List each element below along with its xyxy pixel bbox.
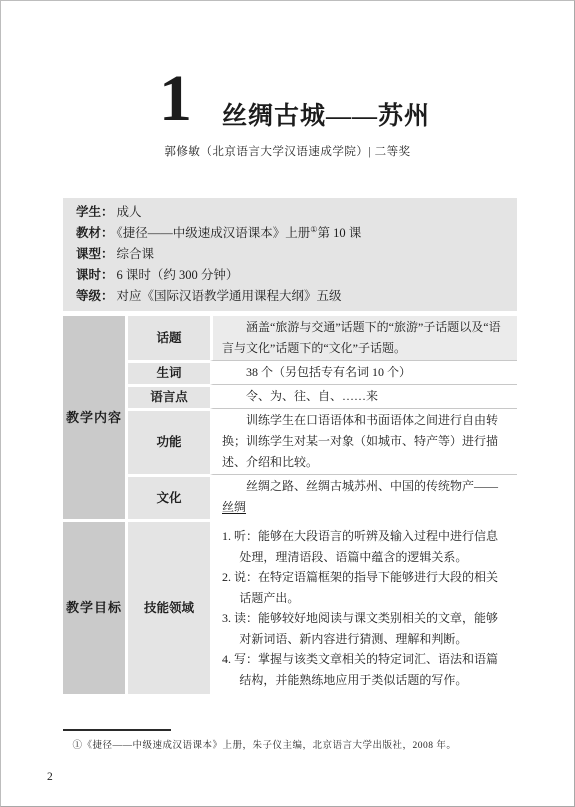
info-row-course-type: 课型：综合课 (76, 244, 507, 265)
table-row: 教学目标 技能领域 1. 听：能够在大段语言的听辨及输入过程中进行信息处理，理清… (63, 522, 517, 694)
info-value-textbook: 《捷径——中级速成汉语课本》上册 (117, 226, 311, 240)
document-page: 1 丝绸古城——苏州 郭修敏（北京语言大学汉语速成学院）| 二等奖 学生：成人 … (0, 0, 575, 807)
chapter-header: 1 丝绸古城——苏州 郭修敏（北京语言大学汉语速成学院）| 二等奖 (1, 1, 574, 159)
content-function: 训练学生在口语语体和书面语体之间进行自由转换；训练学生对某一对象（如城市、特产等… (210, 408, 517, 474)
info-value-class-hours: 6 课时（约 300 分钟） (117, 268, 239, 282)
label-function: 功能 (125, 408, 210, 474)
info-label-course-type: 课型： (76, 247, 114, 261)
info-label-textbook: 教材： (76, 226, 114, 240)
row-header-teaching-content: 教学内容 (63, 316, 125, 519)
content-topic: 涵盖“旅游与交通”话题下的“旅游”子话题以及“语言与文化”话题下的“文化”子话题… (210, 316, 517, 360)
content-skill-areas: 1. 听：能够在大段语言的听辨及输入过程中进行信息处理，理清语段、语篇中蕴含的逻… (210, 522, 517, 694)
footnote-rule (63, 729, 171, 731)
info-label-student: 学生： (76, 205, 114, 219)
content-culture: 丝绸之路、丝绸古城苏州、中国的传统物产——丝绸 (210, 474, 517, 519)
info-row-class-hours: 课时：6 课时（约 300 分钟） (76, 265, 507, 286)
table-row: 生词 38 个（另包括专有名词 10 个） (63, 360, 517, 384)
author-byline: 郭修敏（北京语言大学汉语速成学院）| 二等奖 (1, 143, 574, 159)
chapter-number: 1 (159, 71, 192, 127)
goal-listening: 1. 听：能够在大段语言的听辨及输入过程中进行信息处理，理清语段、语篇中蕴含的逻… (222, 526, 509, 567)
info-value-textbook-lesson: 第 10 课 (317, 226, 361, 240)
label-culture: 文化 (125, 474, 210, 519)
content-vocabulary: 38 个（另包括专有名词 10 个） (210, 360, 517, 384)
page-number: 2 (47, 771, 53, 783)
goal-speaking: 2. 说：在特定语篇框架的指导下能够进行大段的相关话题产出。 (222, 567, 509, 608)
label-language-points: 语言点 (125, 384, 210, 408)
footnote-text: ①《捷径——中级速成汉语课本》上册，朱子仪主编，北京语言大学出版社，2008 年… (63, 739, 513, 753)
table-row: 教学内容 话题 涵盖“旅游与交通”话题下的“旅游”子话题以及“语言与文化”话题下… (63, 316, 517, 360)
culture-underlined-term: 丝绸 (222, 500, 246, 514)
goal-reading: 3. 读：能够较好地阅读与课文类别相关的文章，能够对新词语、新内容进行猜测、理解… (222, 608, 509, 649)
info-label-class-hours: 课时： (76, 268, 114, 282)
culture-text: 丝绸之路、丝绸古城苏州、中国的传统物产—— (246, 479, 498, 493)
content-language-points: 令、为、往、自、……来 (210, 384, 517, 408)
info-value-level: 对应《国际汉语教学通用课程大纲》五级 (117, 289, 342, 303)
goal-writing: 4. 写：掌握与该类文章相关的特定词汇、语法和语篇结构，并能熟练地应用于类似话题… (222, 649, 509, 690)
table-row: 文化 丝绸之路、丝绸古城苏州、中国的传统物产——丝绸 (63, 474, 517, 519)
label-vocabulary: 生词 (125, 360, 210, 384)
course-info-block: 学生：成人 教材：《捷径——中级速成汉语课本》上册①第 10 课 课型：综合课 … (63, 198, 517, 311)
info-row-student: 学生：成人 (76, 202, 507, 223)
row-header-teaching-goals: 教学目标 (63, 522, 125, 694)
chapter-title-row: 1 丝绸古城——苏州 (15, 63, 574, 127)
info-label-level: 等级： (76, 289, 114, 303)
label-topic: 话题 (125, 316, 210, 360)
table-row: 语言点 令、为、往、自、……来 (63, 384, 517, 408)
label-skill-areas: 技能领域 (125, 522, 210, 694)
info-row-textbook: 教材：《捷径——中级速成汉语课本》上册①第 10 课 (76, 223, 507, 244)
teaching-goals-table: 教学目标 技能领域 1. 听：能够在大段语言的听辨及输入过程中进行信息处理，理清… (63, 522, 517, 694)
info-row-level: 等级：对应《国际汉语教学通用课程大纲》五级 (76, 286, 507, 307)
table-row: 功能 训练学生在口语语体和书面语体之间进行自由转换；训练学生对某一对象（如城市、… (63, 408, 517, 474)
info-value-course-type: 综合课 (117, 247, 155, 261)
info-value-student: 成人 (117, 205, 142, 219)
teaching-content-table: 教学内容 话题 涵盖“旅游与交通”话题下的“旅游”子话题以及“语言与文化”话题下… (63, 316, 517, 519)
chapter-title: 丝绸古城——苏州 (222, 96, 430, 132)
